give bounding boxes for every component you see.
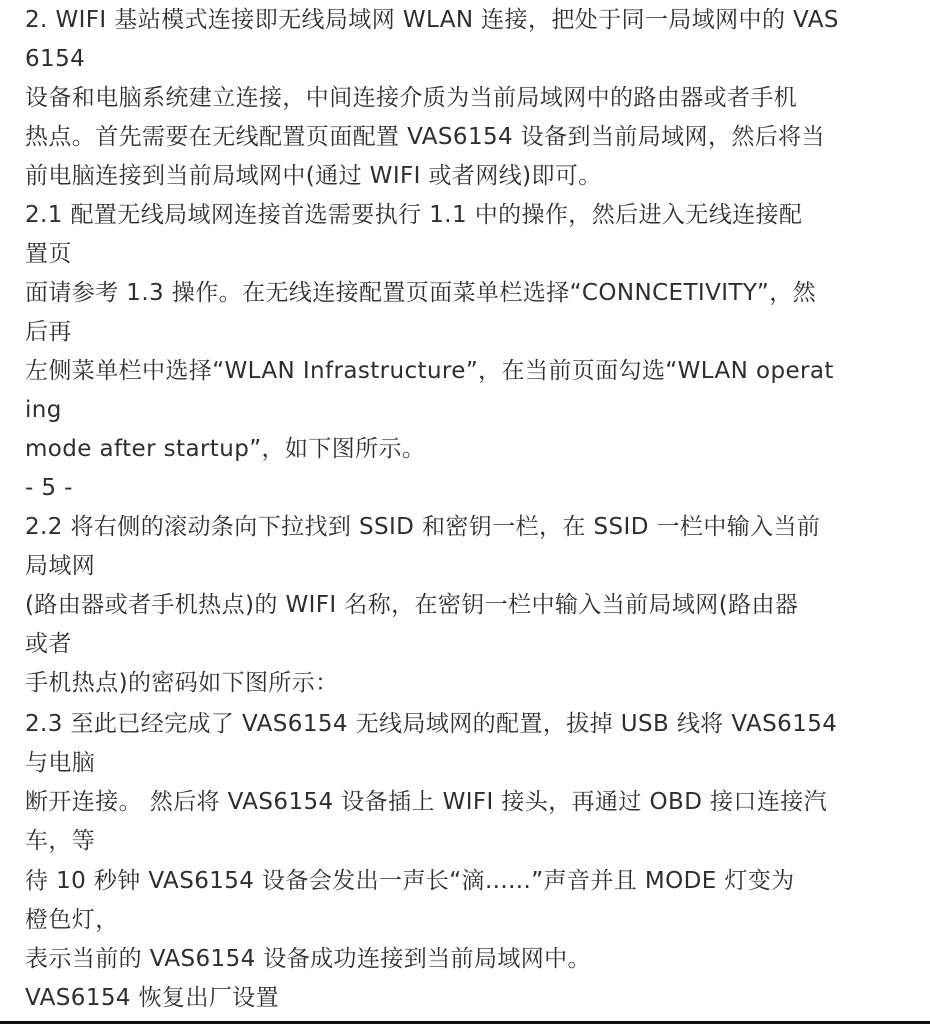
text-line: 左侧菜单栏中选择“WLAN Infrastructure”，在当前页面勾选“WL…	[25, 352, 834, 391]
text-line: 待 10 秒钟 VAS6154 设备会发出一声长“滴......”声音并且 MO…	[25, 862, 795, 901]
text-line-step-2-1: 2.1 配置无线局域网连接首选需要执行 1.1 中的操作，然后进入无线连接配	[25, 196, 802, 235]
text-line: 6154	[25, 40, 85, 79]
text-line-step-2-2: 2.2 将右侧的滚动条向下拉找到 SSID 和密钥一栏，在 SSID 一栏中输入…	[25, 508, 820, 547]
text-line: 热点。首先需要在无线配置页面配置 VAS6154 设备到当前局域网，然后将当	[25, 118, 825, 157]
text-line-step-2-3: 2.3 至此已经完成了 VAS6154 无线局域网的配置，拔掉 USB 线将 V…	[25, 705, 837, 744]
text-line: 表示当前的 VAS6154 设备成功连接到当前局域网中。	[25, 940, 591, 979]
text-line: 橙色灯，	[25, 901, 119, 940]
text-line: 或者	[25, 625, 72, 664]
section-heading-factory-reset: VAS6154 恢复出厂设置	[25, 979, 279, 1018]
text-line: 车，等	[25, 822, 95, 861]
text-line: 后再	[25, 313, 72, 352]
text-line: 断开连接。 然后将 VAS6154 设备插上 WIFI 接头，再通过 OBD 接…	[25, 783, 827, 822]
text-line: 手机热点)的密码如下图所示：	[25, 664, 339, 703]
text-line: 面请参考 1.3 操作。在无线连接配置页面菜单栏选择“CONNCETIVITY”…	[25, 274, 816, 313]
text-line: 设备和电脑系统建立连接，中间连接介质为当前局域网中的路由器或者手机	[25, 79, 797, 118]
text-line: 置页	[25, 235, 72, 274]
text-line: mode after startup”，如下图所示。	[25, 430, 425, 469]
text-line: 局域网	[25, 547, 95, 586]
text-line: (路由器或者手机热点)的 WIFI 名称，在密钥一栏中输入当前局域网(路由器	[25, 586, 798, 625]
page-number: - 5 -	[25, 469, 73, 508]
text-line-wifi-mode-intro: 2. WIFI 基站模式连接即无线局域网 WLAN 连接，把处于同一局域网中的 …	[25, 1, 839, 40]
text-line: ing	[25, 391, 62, 430]
text-line: 前电脑连接到当前局域网中(通过 WIFI 或者网线)即可。	[25, 157, 602, 196]
text-line: 与电脑	[25, 744, 95, 783]
